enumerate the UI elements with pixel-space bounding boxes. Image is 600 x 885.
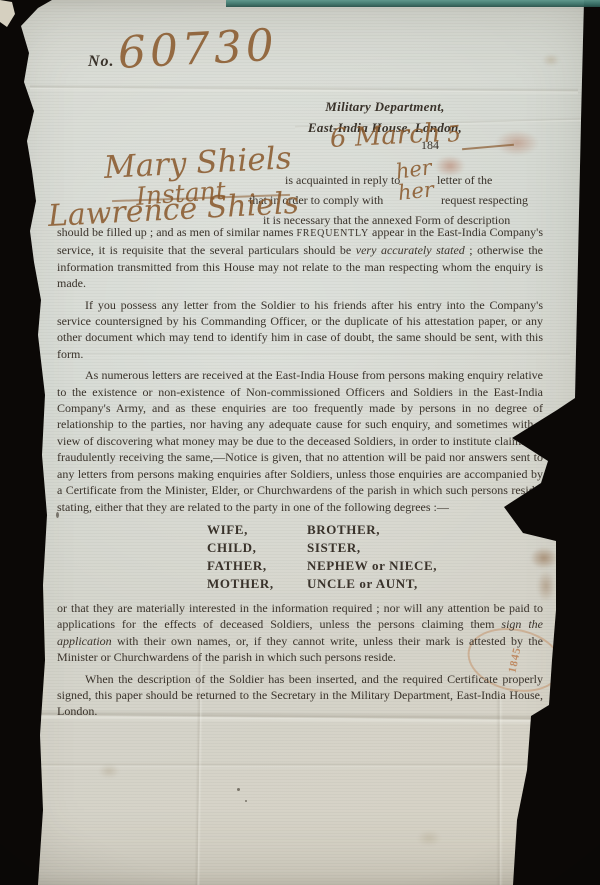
degree-item-left: FATHER, [207, 557, 307, 574]
degree-item-left: WIFE, [207, 521, 307, 538]
degrees-of-relation-list: WIFE,BROTHER,CHILD,SISTER,FATHER,NEPHEW … [207, 521, 543, 592]
paper-sheet: 1845 No. 60730 Military Department, East… [0, 0, 600, 885]
printed-paragraph: should be filled up ; and as men of simi… [57, 224, 543, 292]
degree-item-right: SISTER, [307, 539, 543, 556]
paragraph-run: FREQUENTLY [296, 228, 369, 239]
reference-number-handwritten: 60730 [117, 20, 279, 79]
printed-fragment-2: letter of the [437, 173, 492, 188]
printed-paragraph: or that they are materially interested i… [57, 600, 543, 666]
printed-paragraph: When the description of the Soldier has … [57, 671, 543, 720]
printed-paragraph: As numerous letters are received at the … [57, 367, 543, 515]
paragraph-run: If you possess any letter from the Soldi… [57, 298, 543, 361]
printed-paragraph: If you possess any letter from the Soldi… [57, 297, 543, 363]
ink-speck-2 [245, 800, 247, 802]
teal-tape-strip [226, 0, 600, 7]
department-heading-line1: Military Department, [250, 96, 520, 117]
foxing-spot-1 [540, 52, 562, 68]
degree-item-left: CHILD, [207, 539, 307, 556]
reference-number-label: No. [88, 53, 115, 71]
foxing-spot-2 [96, 762, 122, 780]
paragraph-run: or that they are materially interested i… [57, 601, 543, 631]
paragraphs-before-degrees: should be filled up ; and as men of simi… [57, 224, 543, 515]
foxing-spot-3 [414, 828, 444, 848]
degree-item-right: NEPHEW or NIECE, [307, 557, 543, 574]
handwritten-year-digit: 5 [446, 122, 463, 148]
crease-horizontal-top [30, 84, 578, 95]
paragraph-run: should be filled up ; and as men of simi… [57, 225, 296, 239]
ink-speck-1 [237, 788, 240, 791]
printed-fragment-1: is acquainted in reply to [285, 173, 400, 188]
degree-item-left: MOTHER, [207, 575, 307, 592]
paragraphs-after-degrees: or that they are materially interested i… [57, 600, 543, 720]
printed-fragment-4: request respecting [441, 193, 528, 208]
degree-item-right: UNCLE or AUNT, [307, 575, 543, 592]
paragraph-run: When the description of the Soldier has … [57, 672, 543, 719]
paragraph-run: very accurately stated [356, 243, 465, 257]
printed-year: 184 [421, 138, 439, 153]
pen-flourish [462, 144, 514, 151]
printed-body-text: should be filled up ; and as men of simi… [57, 224, 543, 725]
degree-item-right: BROTHER, [307, 521, 543, 538]
paragraph-run: with their own names, or, if they cannot… [57, 634, 543, 664]
crease-horizontal-lower [35, 762, 575, 769]
handwritten-her-2: her [397, 177, 435, 205]
photo-of-document: 1845 No. 60730 Military Department, East… [0, 0, 600, 885]
paragraph-run: As numerous letters are received at the … [57, 368, 543, 513]
torn-paper-fragment [0, 0, 15, 27]
